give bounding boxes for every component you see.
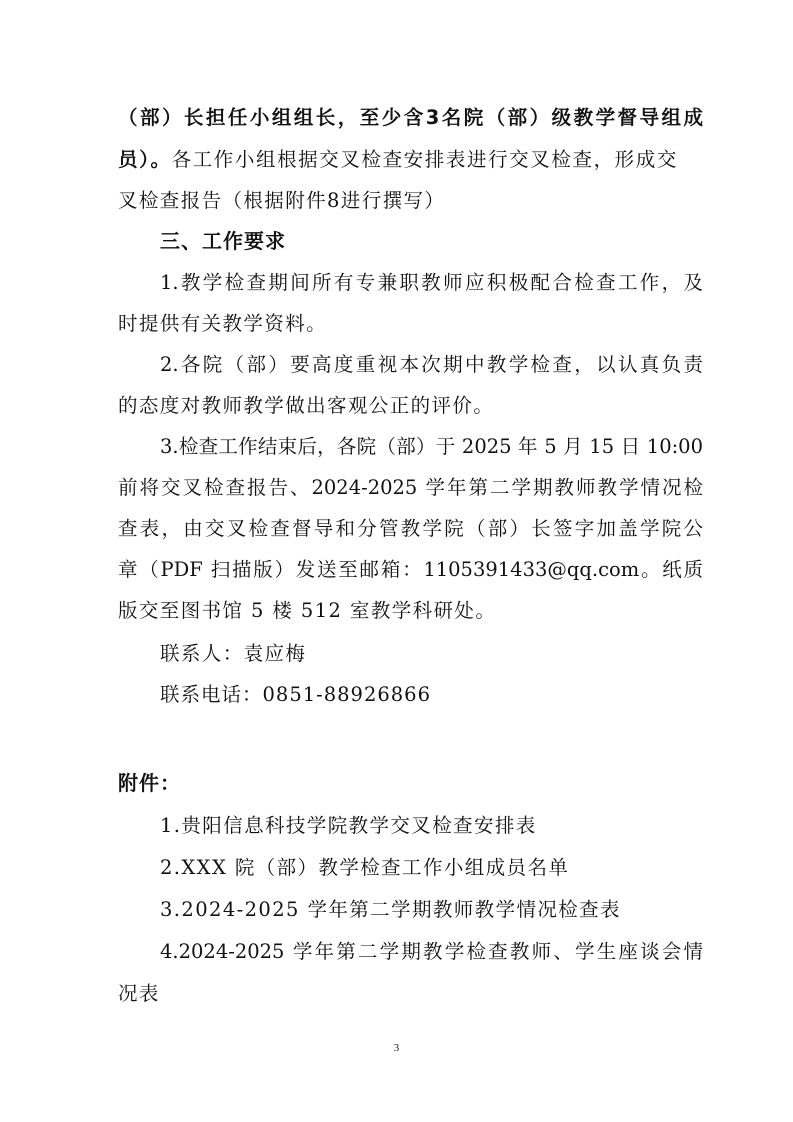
requirement-item-3-cont: 版交至图书馆 5 楼 512 室教学科研处。 bbox=[118, 590, 703, 631]
paragraph-line: 叉检查报告（根据附件8进行撰写） bbox=[118, 180, 703, 221]
attachment-item: 2.XXX 院（部）教学检查工作小组成员名单 bbox=[160, 847, 703, 888]
requirement-item-3-cont: 查表，由交叉检查督导和分管教学院（部）长签字加盖学院公 bbox=[118, 508, 703, 549]
page-number: 3 bbox=[0, 1042, 793, 1054]
document-page: （部）长担任小组组长，至少含3名院（部）级教学督导组成 员）。各工作小组根据交叉… bbox=[0, 0, 793, 1122]
attachment-item-cont: 况表 bbox=[118, 973, 703, 1014]
requirement-item-3-cont: 前将交叉检查报告、2024-2025 学年第二学期教师教学情况检 bbox=[118, 467, 703, 508]
normal-text: 各工作小组根据交叉检查安排表进行交叉检查，形成交 bbox=[172, 148, 678, 171]
attachment-item: 1.贵阳信息科技学院教学交叉检查安排表 bbox=[160, 805, 703, 846]
requirement-item-1-cont: 时提供有关教学资料。 bbox=[118, 303, 703, 344]
attachment-item: 4.2024-2025 学年第二学期教学检查教师、学生座谈会情 bbox=[160, 931, 703, 972]
paragraph-line: （部）长担任小组组长，至少含3名院（部）级教学督导组成 bbox=[118, 97, 703, 138]
attachment-item: 3.2024-2025 学年第二学期教师教学情况检查表 bbox=[160, 889, 703, 930]
bold-text: 员）。 bbox=[118, 148, 172, 171]
requirement-item-3-cont: 章（PDF 扫描版）发送至邮箱：1105391433@qq.com。纸质 bbox=[118, 549, 703, 590]
contact-person-label: 联系人： bbox=[160, 642, 244, 665]
requirement-item-2: 2.各院（部）要高度重视本次期中教学检查，以认真负责 bbox=[160, 344, 703, 385]
contact-phone: 联系电话：0851-88926866 bbox=[160, 674, 703, 715]
contact-person-name: 袁应梅 bbox=[244, 642, 307, 665]
contact-person: 联系人：袁应梅 bbox=[160, 633, 703, 674]
requirement-item-3: 3.检查工作结束后，各院（部）于 2025 年 5 月 15 日 10:00 bbox=[160, 426, 703, 467]
contact-phone-label: 联系电话： bbox=[160, 683, 263, 706]
contact-phone-number: 0851-88926866 bbox=[263, 683, 431, 706]
requirement-item-2-cont: 的态度对教师教学做出客观公正的评价。 bbox=[118, 385, 703, 426]
attachments-heading: 附件： bbox=[118, 763, 703, 804]
section-heading: 三、工作要求 bbox=[160, 221, 703, 262]
paragraph-line: 员）。各工作小组根据交叉检查安排表进行交叉检查，形成交 bbox=[118, 139, 703, 180]
requirement-item-1: 1.教学检查期间所有专兼职教师应积极配合检查工作，及 bbox=[160, 262, 703, 303]
